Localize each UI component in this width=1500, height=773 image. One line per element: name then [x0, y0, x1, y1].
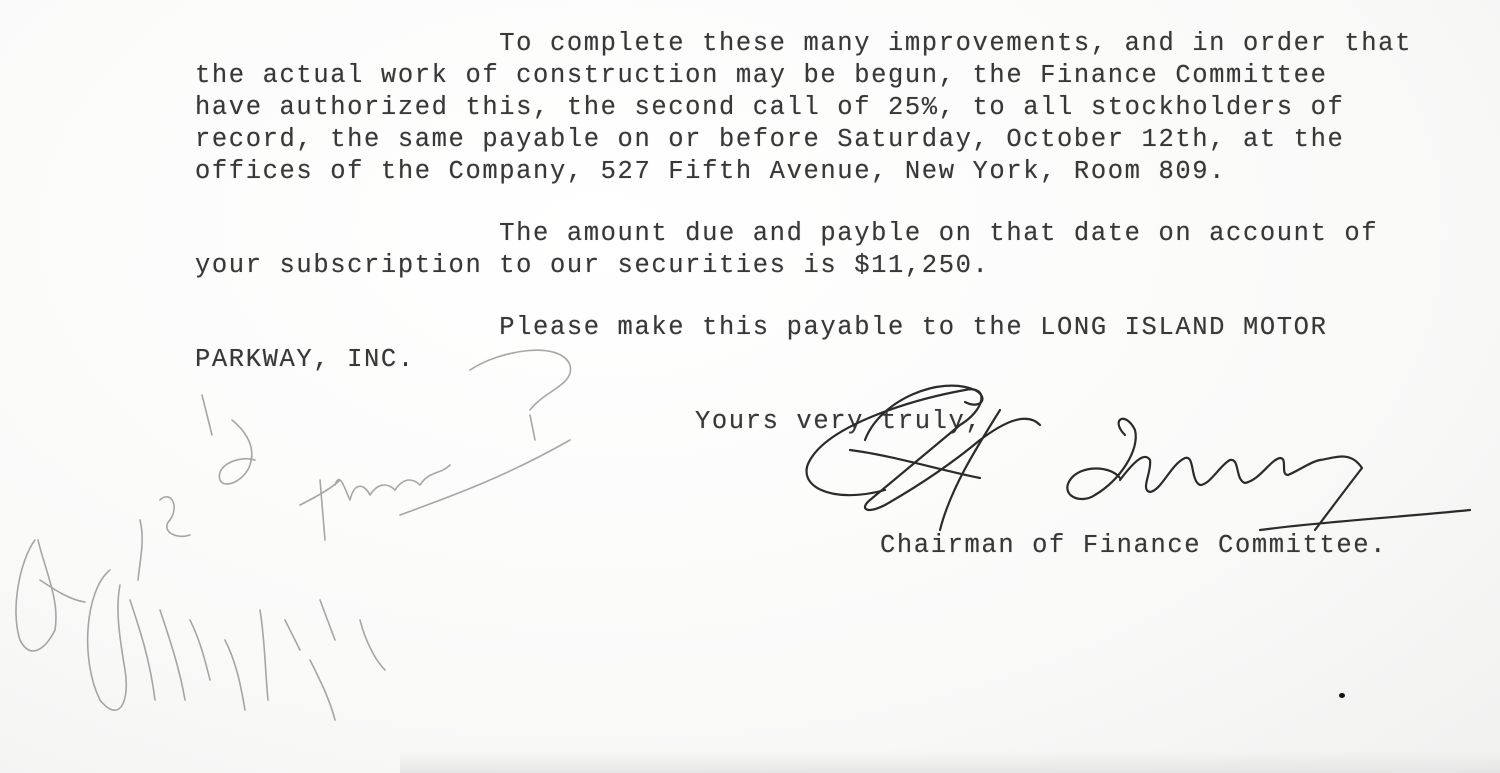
- paragraph-1-line-4: record, the same payable on or before Sa…: [195, 124, 1344, 156]
- closing-salutation: Yours very truly,: [695, 406, 982, 438]
- signatory-title: Chairman of Finance Committee.: [880, 530, 1387, 562]
- paragraph-1-line-2: the actual work of construction may be b…: [195, 60, 1327, 92]
- ink-speck: [1339, 693, 1345, 698]
- paragraph-3-line-1: Please make this payable to the LONG ISL…: [195, 312, 1327, 344]
- paragraph-1-line-3: have authorized this, the second call of…: [195, 92, 1344, 124]
- paragraph-3-line-2: PARKWAY, INC.: [195, 344, 415, 376]
- paragraph-1-line-1: To complete these many improvements, and…: [195, 28, 1412, 60]
- letter-page: To complete these many improvements, and…: [0, 0, 1500, 773]
- paragraph-1-line-5: offices of the Company, 527 Fifth Avenue…: [195, 156, 1226, 188]
- paragraph-2-line-2: your subscription to our securities is $…: [195, 250, 989, 282]
- page-bottom-shadow: [400, 751, 1500, 773]
- paragraph-2-line-1: The amount due and payble on that date o…: [195, 218, 1378, 250]
- margin-pencil-notes: [0, 340, 600, 773]
